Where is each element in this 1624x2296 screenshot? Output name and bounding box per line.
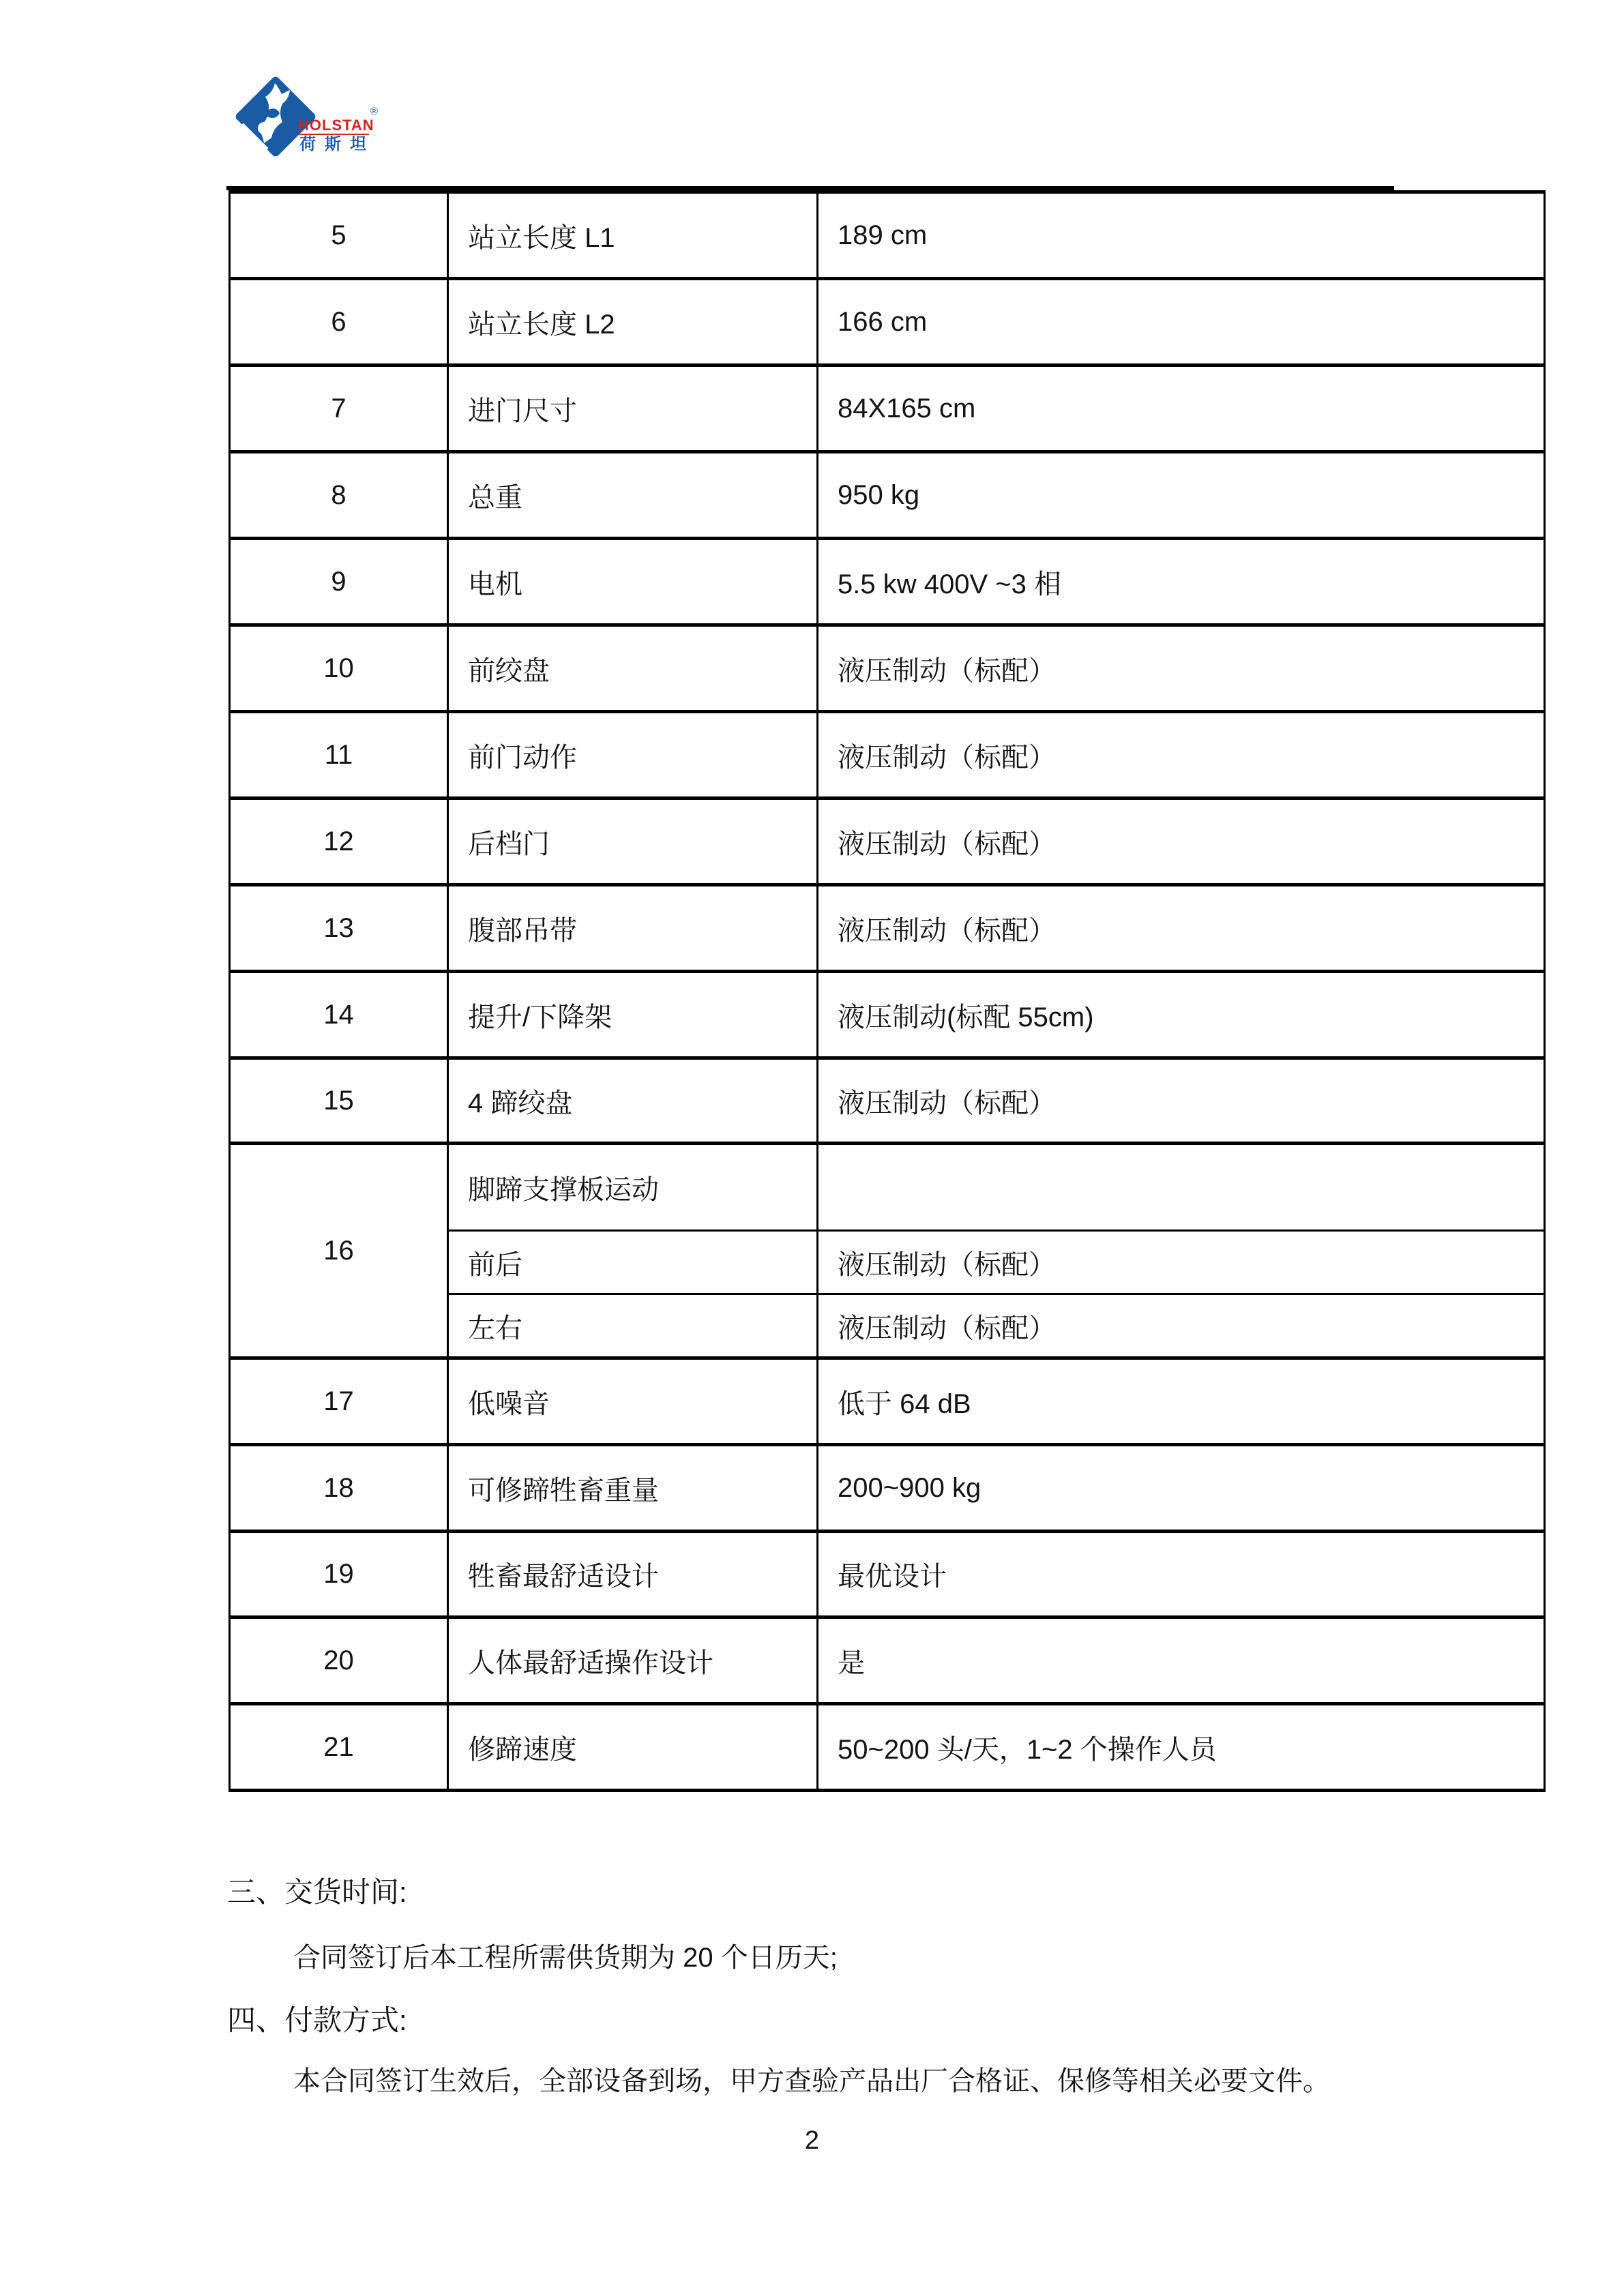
table-row: 6站立长度 L2166 cm	[230, 279, 1545, 366]
table-row: 7进门尺寸84X165 cm	[230, 366, 1545, 452]
spec-name-cell: 电机	[448, 539, 818, 625]
table-row: 10前绞盘液压制动（标配）	[230, 625, 1545, 712]
row-number-cell: 18	[230, 1445, 448, 1532]
row-number-cell: 5	[230, 192, 448, 279]
spec-value-cell: 是	[818, 1617, 1545, 1704]
logo-brand-cjk: 荷斯坦	[299, 136, 375, 153]
spec-value-cell: 液压制动(标配 55cm)	[818, 972, 1545, 1058]
holstan-logo: HOLSTAN ® 荷斯坦	[234, 75, 466, 164]
spec-value-cell: 液压制动（标配）	[818, 712, 1545, 799]
table-row: 13腹部吊带液压制动（标配）	[230, 885, 1545, 972]
row-number-cell: 6	[230, 279, 448, 366]
spec-value-cell	[818, 1144, 1545, 1231]
table-row: 14提升/下降架液压制动(标配 55cm)	[230, 972, 1545, 1058]
spec-value-cell: 液压制动（标配）	[818, 885, 1545, 972]
spec-value-cell: 液压制动（标配）	[818, 1294, 1545, 1358]
spec-name-cell: 前后	[448, 1231, 818, 1294]
row-number-cell: 15	[230, 1058, 448, 1144]
spec-name-cell: 低噪音	[448, 1358, 818, 1445]
logo-brand-latin: HOLSTAN	[298, 118, 374, 133]
spec-value-cell: 最优设计	[818, 1532, 1545, 1617]
row-number-cell: 8	[230, 452, 448, 539]
spec-name-cell: 站立长度 L1	[448, 192, 818, 279]
spec-name-cell: 前绞盘	[448, 625, 818, 712]
row-number-cell: 12	[230, 799, 448, 885]
spec-value-cell: 84X165 cm	[818, 366, 1545, 452]
spec-name-cell: 站立长度 L2	[448, 279, 818, 366]
spec-name-cell: 总重	[448, 452, 818, 539]
page-number: 2	[0, 2126, 1624, 2156]
spec-value-cell: 液压制动（标配）	[818, 625, 1545, 712]
spec-name-cell: 左右	[448, 1294, 818, 1358]
row-number-cell: 9	[230, 539, 448, 625]
spec-name-cell: 提升/下降架	[448, 972, 818, 1058]
table-row: 154 蹄绞盘液压制动（标配）	[230, 1058, 1545, 1144]
row-number-cell: 11	[230, 712, 448, 799]
row-number-cell: 7	[230, 366, 448, 452]
table-row: 17低噪音低于 64 dB	[230, 1358, 1545, 1445]
spec-name-cell: 可修蹄牲畜重量	[448, 1445, 818, 1532]
row-number-cell: 20	[230, 1617, 448, 1704]
table-row: 16脚蹄支撑板运动	[230, 1144, 1545, 1231]
table-row: 19牲畜最舒适设计最优设计	[230, 1532, 1545, 1617]
table-row: 9电机5.5 kw 400V ~3 相	[230, 539, 1545, 625]
spec-name-cell: 牲畜最舒适设计	[448, 1532, 818, 1617]
spec-name-cell: 脚蹄支撑板运动	[448, 1144, 818, 1231]
delivery-heading: 三、交货时间:	[227, 1877, 407, 1908]
spec-value-cell: 液压制动（标配）	[818, 1231, 1545, 1294]
table-row: 11前门动作液压制动（标配）	[230, 712, 1545, 799]
row-number-cell: 14	[230, 972, 448, 1058]
spec-value-cell: 950 kg	[818, 452, 1545, 539]
spec-value-cell: 5.5 kw 400V ~3 相	[818, 539, 1545, 625]
row-number-cell: 10	[230, 625, 448, 712]
document-page: HOLSTAN ® 荷斯坦 5站立长度 L1189 cm6站立长度 L2166 …	[0, 0, 1624, 2296]
table-row: 12后档门液压制动（标配）	[230, 799, 1545, 885]
spec-name-cell: 前门动作	[448, 712, 818, 799]
spec-value-cell: 液压制动（标配）	[818, 1058, 1545, 1144]
table-row: 21修蹄速度50~200 头/天，1~2 个操作人员	[230, 1704, 1545, 1791]
delivery-body: 合同签订后本工程所需供货期为 20 个日历天;	[293, 1943, 838, 1973]
spec-value-cell: 200~900 kg	[818, 1445, 1545, 1532]
spec-value-cell: 189 cm	[818, 192, 1545, 279]
table-row: 5站立长度 L1189 cm	[230, 192, 1545, 279]
spec-name-cell: 人体最舒适操作设计	[448, 1617, 818, 1704]
spec-value-cell: 166 cm	[818, 279, 1545, 366]
table-row: 18可修蹄牲畜重量200~900 kg	[230, 1445, 1545, 1532]
row-number-cell: 17	[230, 1358, 448, 1445]
spec-name-cell: 腹部吊带	[448, 885, 818, 972]
spec-name-cell: 进门尺寸	[448, 366, 818, 452]
spec-name-cell: 修蹄速度	[448, 1704, 818, 1791]
row-number-cell: 19	[230, 1532, 448, 1617]
spec-name-cell: 4 蹄绞盘	[448, 1058, 818, 1144]
spec-name-cell: 后档门	[448, 799, 818, 885]
table-row: 20人体最舒适操作设计是	[230, 1617, 1545, 1704]
payment-body: 本合同签订生效后，全部设备到场，甲方查验产品出厂合格证、保修等相关必要文件。	[293, 2066, 1330, 2096]
registered-trademark-icon: ®	[370, 106, 378, 117]
table-row: 8总重950 kg	[230, 452, 1545, 539]
row-number-cell: 21	[230, 1704, 448, 1791]
row-number-cell: 13	[230, 885, 448, 972]
spec-value-cell: 液压制动（标配）	[818, 799, 1545, 885]
row-number-cell: 16	[230, 1144, 448, 1358]
spec-table: 5站立长度 L1189 cm6站立长度 L2166 cm7进门尺寸84X165 …	[228, 190, 1546, 1792]
spec-value-cell: 50~200 头/天，1~2 个操作人员	[818, 1704, 1545, 1791]
spec-value-cell: 低于 64 dB	[818, 1358, 1545, 1445]
payment-heading: 四、付款方式:	[227, 2005, 407, 2036]
